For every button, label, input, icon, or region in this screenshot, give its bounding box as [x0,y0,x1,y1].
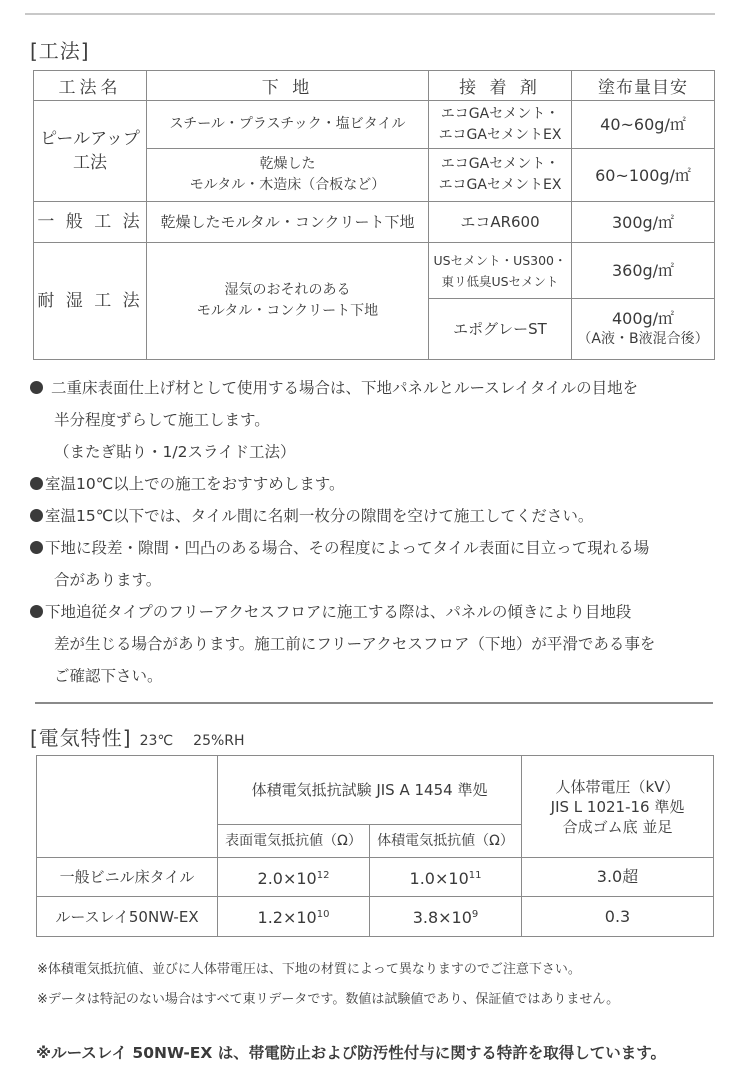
amount-note: （A液・B液混合後） [572,329,714,350]
bullet-icon [30,605,43,618]
note-item: 下地追従タイプのフリーアクセスフロアに施工する際は、パネルの傾きにより目地段 差… [30,596,720,692]
method-name-moisture: 耐 湿 工 法 [34,243,147,360]
header-body-voltage: 人体帯電圧（kV） JIS L 1021-16 準処 合成ゴム底 並足 [522,756,714,858]
footnote: ※体積電気抵抗値、並びに人体帯電圧は、下地の材質によって異なりますのでご注意下さ… [37,958,581,977]
body-voltage-value: 3.0超 [522,858,714,897]
adhesive-cell: エポグレーST [429,299,572,360]
substrate-cell: スチール・プラスチック・塩ビタイル [147,101,429,149]
substrate-cell: 湿気のおそれのある モルタル・コンクリート下地 [147,243,429,360]
note-item: 室温15℃以下では、タイル間に名刺一枚分の隙間を空けて施工してください。 [30,500,720,532]
header-method-name: 工法名 [34,71,147,101]
electrical-header-row: 体積電気抵抗試験 JIS A 1454 準処 人体帯電圧（kV） JIS L 1… [37,756,714,825]
bullet-icon [30,541,43,554]
row-label: ルースレイ50NW-EX [37,897,218,937]
bullet-icon [30,477,43,490]
header-substrate: 下 地 [147,71,429,101]
adhesive-cell: エコGAセメント・ エコGAセメントEX [429,101,572,149]
table-row: 一 般 工 法 乾燥したモルタル・コンクリート下地 エコAR600 300g/㎡ [34,202,715,243]
adhesive-cell: エコAR600 [429,202,572,243]
method-table: 工法名 下 地 接 着 剤 塗布量目安 ピールアップ 工法 スチール・プラスチッ… [33,70,715,360]
table-row: 一般ビニル床タイル 2.0×1012 1.0×1011 3.0超 [37,858,714,897]
bullet-icon [30,509,43,522]
note-item: 二重床表面仕上げ材として使用する場合は、下地パネルとルースレイタイルの目地を 半… [30,372,720,468]
adhesive-cell: エコGAセメント・ エコGAセメントEX [429,149,572,202]
amount-cell: 300g/㎡ [572,202,715,243]
amount-cell: 360g/㎡ [572,243,715,299]
amount-cell: 40~60g/㎡ [572,101,715,149]
volume-resistance-value: 1.0×1011 [370,858,522,897]
amount-cell: 400g/㎡ （A液・B液混合後） [572,299,715,360]
note-item: 室温10℃以上での施工をおすすめします。 [30,468,720,500]
note-item: 下地に段差・隙間・凹凸のある場合、その程度によってタイル表面に目立って現れる場 … [30,532,720,596]
substrate-cell: 乾燥した モルタル・木造床（合板など） [147,149,429,202]
footnote: ※データは特記のない場合はすべて東リデータです。数値は試験値であり、保証値ではあ… [37,988,619,1007]
electrical-table: 体積電気抵抗試験 JIS A 1454 準処 人体帯電圧（kV） JIS L 1… [36,755,714,937]
header-surface-resistance: 表面電気抵抗値（Ω） [218,825,370,858]
header-volume-resistance: 体積電気抵抗値（Ω） [370,825,522,858]
header-empty [37,756,218,858]
bullet-icon [30,381,43,394]
header-volume-test: 体積電気抵抗試験 JIS A 1454 準処 [218,756,522,825]
table-row: ルースレイ50NW-EX 1.2×1010 3.8×109 0.3 [37,897,714,937]
method-name-general: 一 般 工 法 [34,202,147,243]
test-temperature: 23℃ [140,733,174,749]
substrate-cell: 乾燥したモルタル・コンクリート下地 [147,202,429,243]
adhesive-cell: USセメント・US300・ 東リ低臭USセメント [429,243,572,299]
method-table-header: 工法名 下 地 接 着 剤 塗布量目安 [34,71,715,101]
header-adhesive: 接 着 剤 [429,71,572,101]
patent-note: ※ルースレイ 50NW-EX は、帯電防止および防汚性付与に関する特許を取得して… [36,1041,666,1063]
volume-resistance-value: 3.8×109 [370,897,522,937]
amount-value: 400g/㎡ [572,308,714,329]
test-humidity: 25%RH [193,733,244,749]
body-voltage-value: 0.3 [522,897,714,937]
table-row: 耐 湿 工 法 湿気のおそれのある モルタル・コンクリート下地 USセメント・U… [34,243,715,299]
surface-resistance-value: 1.2×1010 [218,897,370,937]
amount-cell: 60~100g/㎡ [572,149,715,202]
table-row: ピールアップ 工法 スチール・プラスチック・塩ビタイル エコGAセメント・ エコ… [34,101,715,149]
section-divider [35,702,713,704]
method-section-title: [工法] [30,35,90,64]
header-amount: 塗布量目安 [572,71,715,101]
electrical-section-title: [電気特性]23℃25%RH [30,722,245,751]
top-divider [25,13,715,15]
notes-list: 二重床表面仕上げ材として使用する場合は、下地パネルとルースレイタイルの目地を 半… [30,372,720,692]
row-label: 一般ビニル床タイル [37,858,218,897]
surface-resistance-value: 2.0×1012 [218,858,370,897]
method-name-peelup: ピールアップ 工法 [34,101,147,202]
